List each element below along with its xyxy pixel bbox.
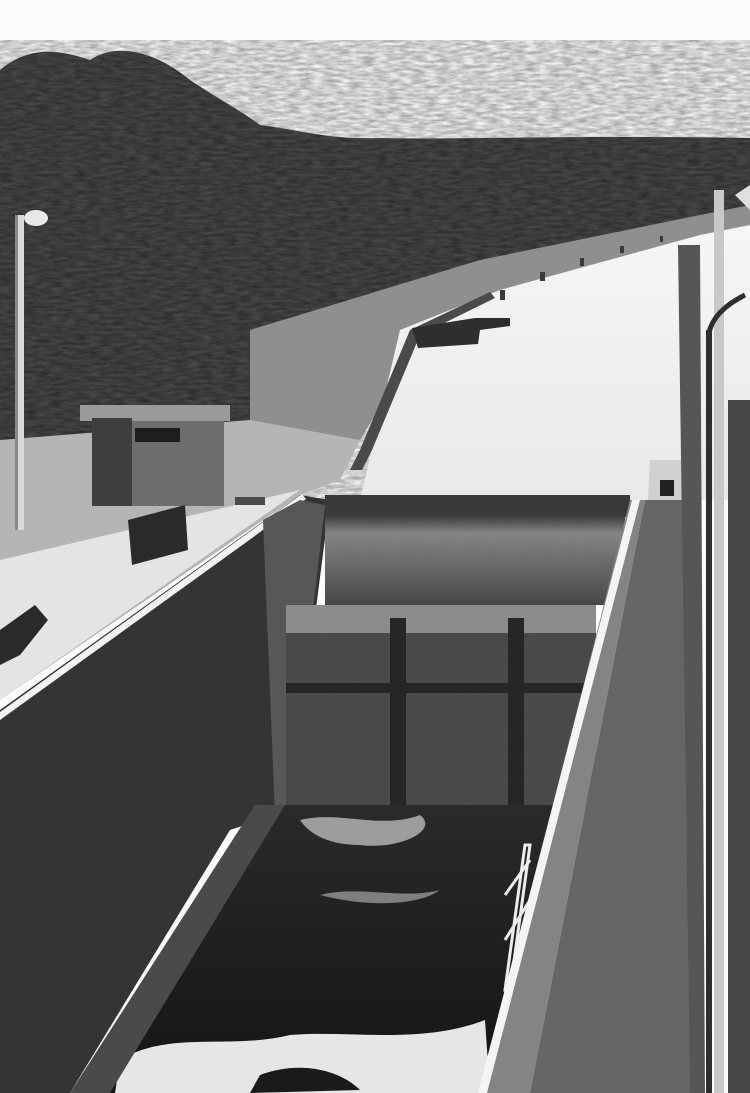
canal-lock-photo: A canal lock chamber with a dark lower w…	[0, 0, 750, 1093]
